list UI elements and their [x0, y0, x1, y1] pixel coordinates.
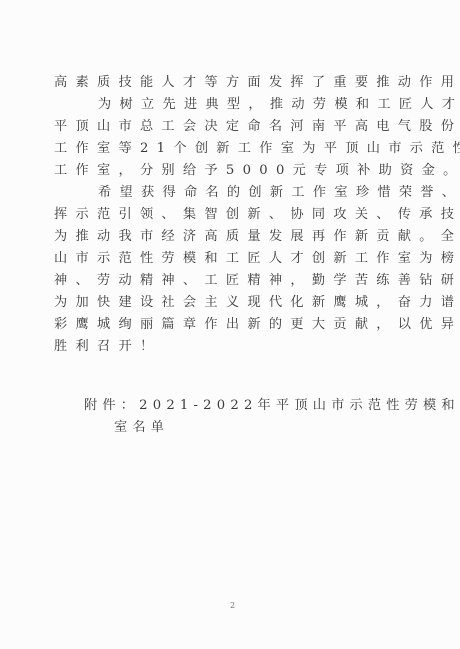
- attachment-note: 附件：2021-2022年平顶山市示范性劳模和工匠人才创新工作 室名单: [84, 395, 414, 439]
- attachment-line: 室名单: [84, 417, 414, 439]
- body-line: 胜利召开！: [54, 336, 408, 358]
- paragraph-start-line: 为树立先进典型，推动劳模和工匠人才创新工作室深化发展，: [54, 94, 408, 116]
- body-line: 彩鹰城绚丽篇章作出新的更大贡献，以优异成绩迎接党的二十大: [54, 314, 408, 336]
- body-line: 高素质技能人才等方面发挥了重要推动作用。: [54, 72, 408, 94]
- body-line: 平顶山市总工会决定命名河南平高电气股份有限公司孟凡军创新: [54, 116, 408, 138]
- body-line: 工作室，分别给予5000元专项补助资金。: [54, 160, 408, 182]
- document-page: 高素质技能人才等方面发挥了重要推动作用。 为树立先进典型，推动劳模和工匠人才创新…: [0, 0, 460, 649]
- body-line: 挥示范引领、集智创新、协同攻关、传承技能、培育精神等功能，: [54, 204, 408, 226]
- attachment-line: 附件：2021-2022年平顶山市示范性劳模和工匠人才创新工作: [84, 395, 414, 417]
- body-line: 神、劳动精神、工匠精神，勤学苦练善钻研，创新创造创效益，: [54, 270, 408, 292]
- body-line: 工作室等21个创新工作室为平顶山市示范性劳模和工匠人才创新: [54, 138, 408, 160]
- paragraph-start-line: 希望获得命名的创新工作室珍惜荣誉、再接再厉，进一步发: [54, 182, 408, 204]
- body-line: 为加快建设社会主义现代化新鹰城，奋力谱写新时代中原更加出: [54, 292, 408, 314]
- page-number: 2: [230, 601, 235, 610]
- document-body: 高素质技能人才等方面发挥了重要推动作用。 为树立先进典型，推动劳模和工匠人才创新…: [54, 72, 408, 358]
- body-line: 山市示范性劳模和工匠人才创新工作室为榜样，大力弘扬劳模精: [54, 248, 408, 270]
- body-line: 为推动我市经济高质量发展再作新贡献。全市广大职工要以平顶: [54, 226, 408, 248]
